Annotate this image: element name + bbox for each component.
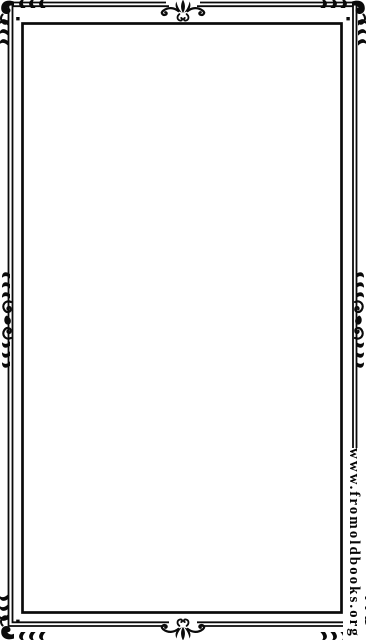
palmette-ornament-top-center — [162, 0, 204, 21]
foliate-knot-ornament-left-center — [2, 272, 11, 367]
page-content-area — [26, 27, 338, 609]
foliate-knot-ornament-right-center — [355, 272, 364, 367]
scanned-page: www.fromoldbooks.org — [0, 0, 366, 640]
watermark-text: www.fromoldbooks.org — [343, 448, 365, 640]
